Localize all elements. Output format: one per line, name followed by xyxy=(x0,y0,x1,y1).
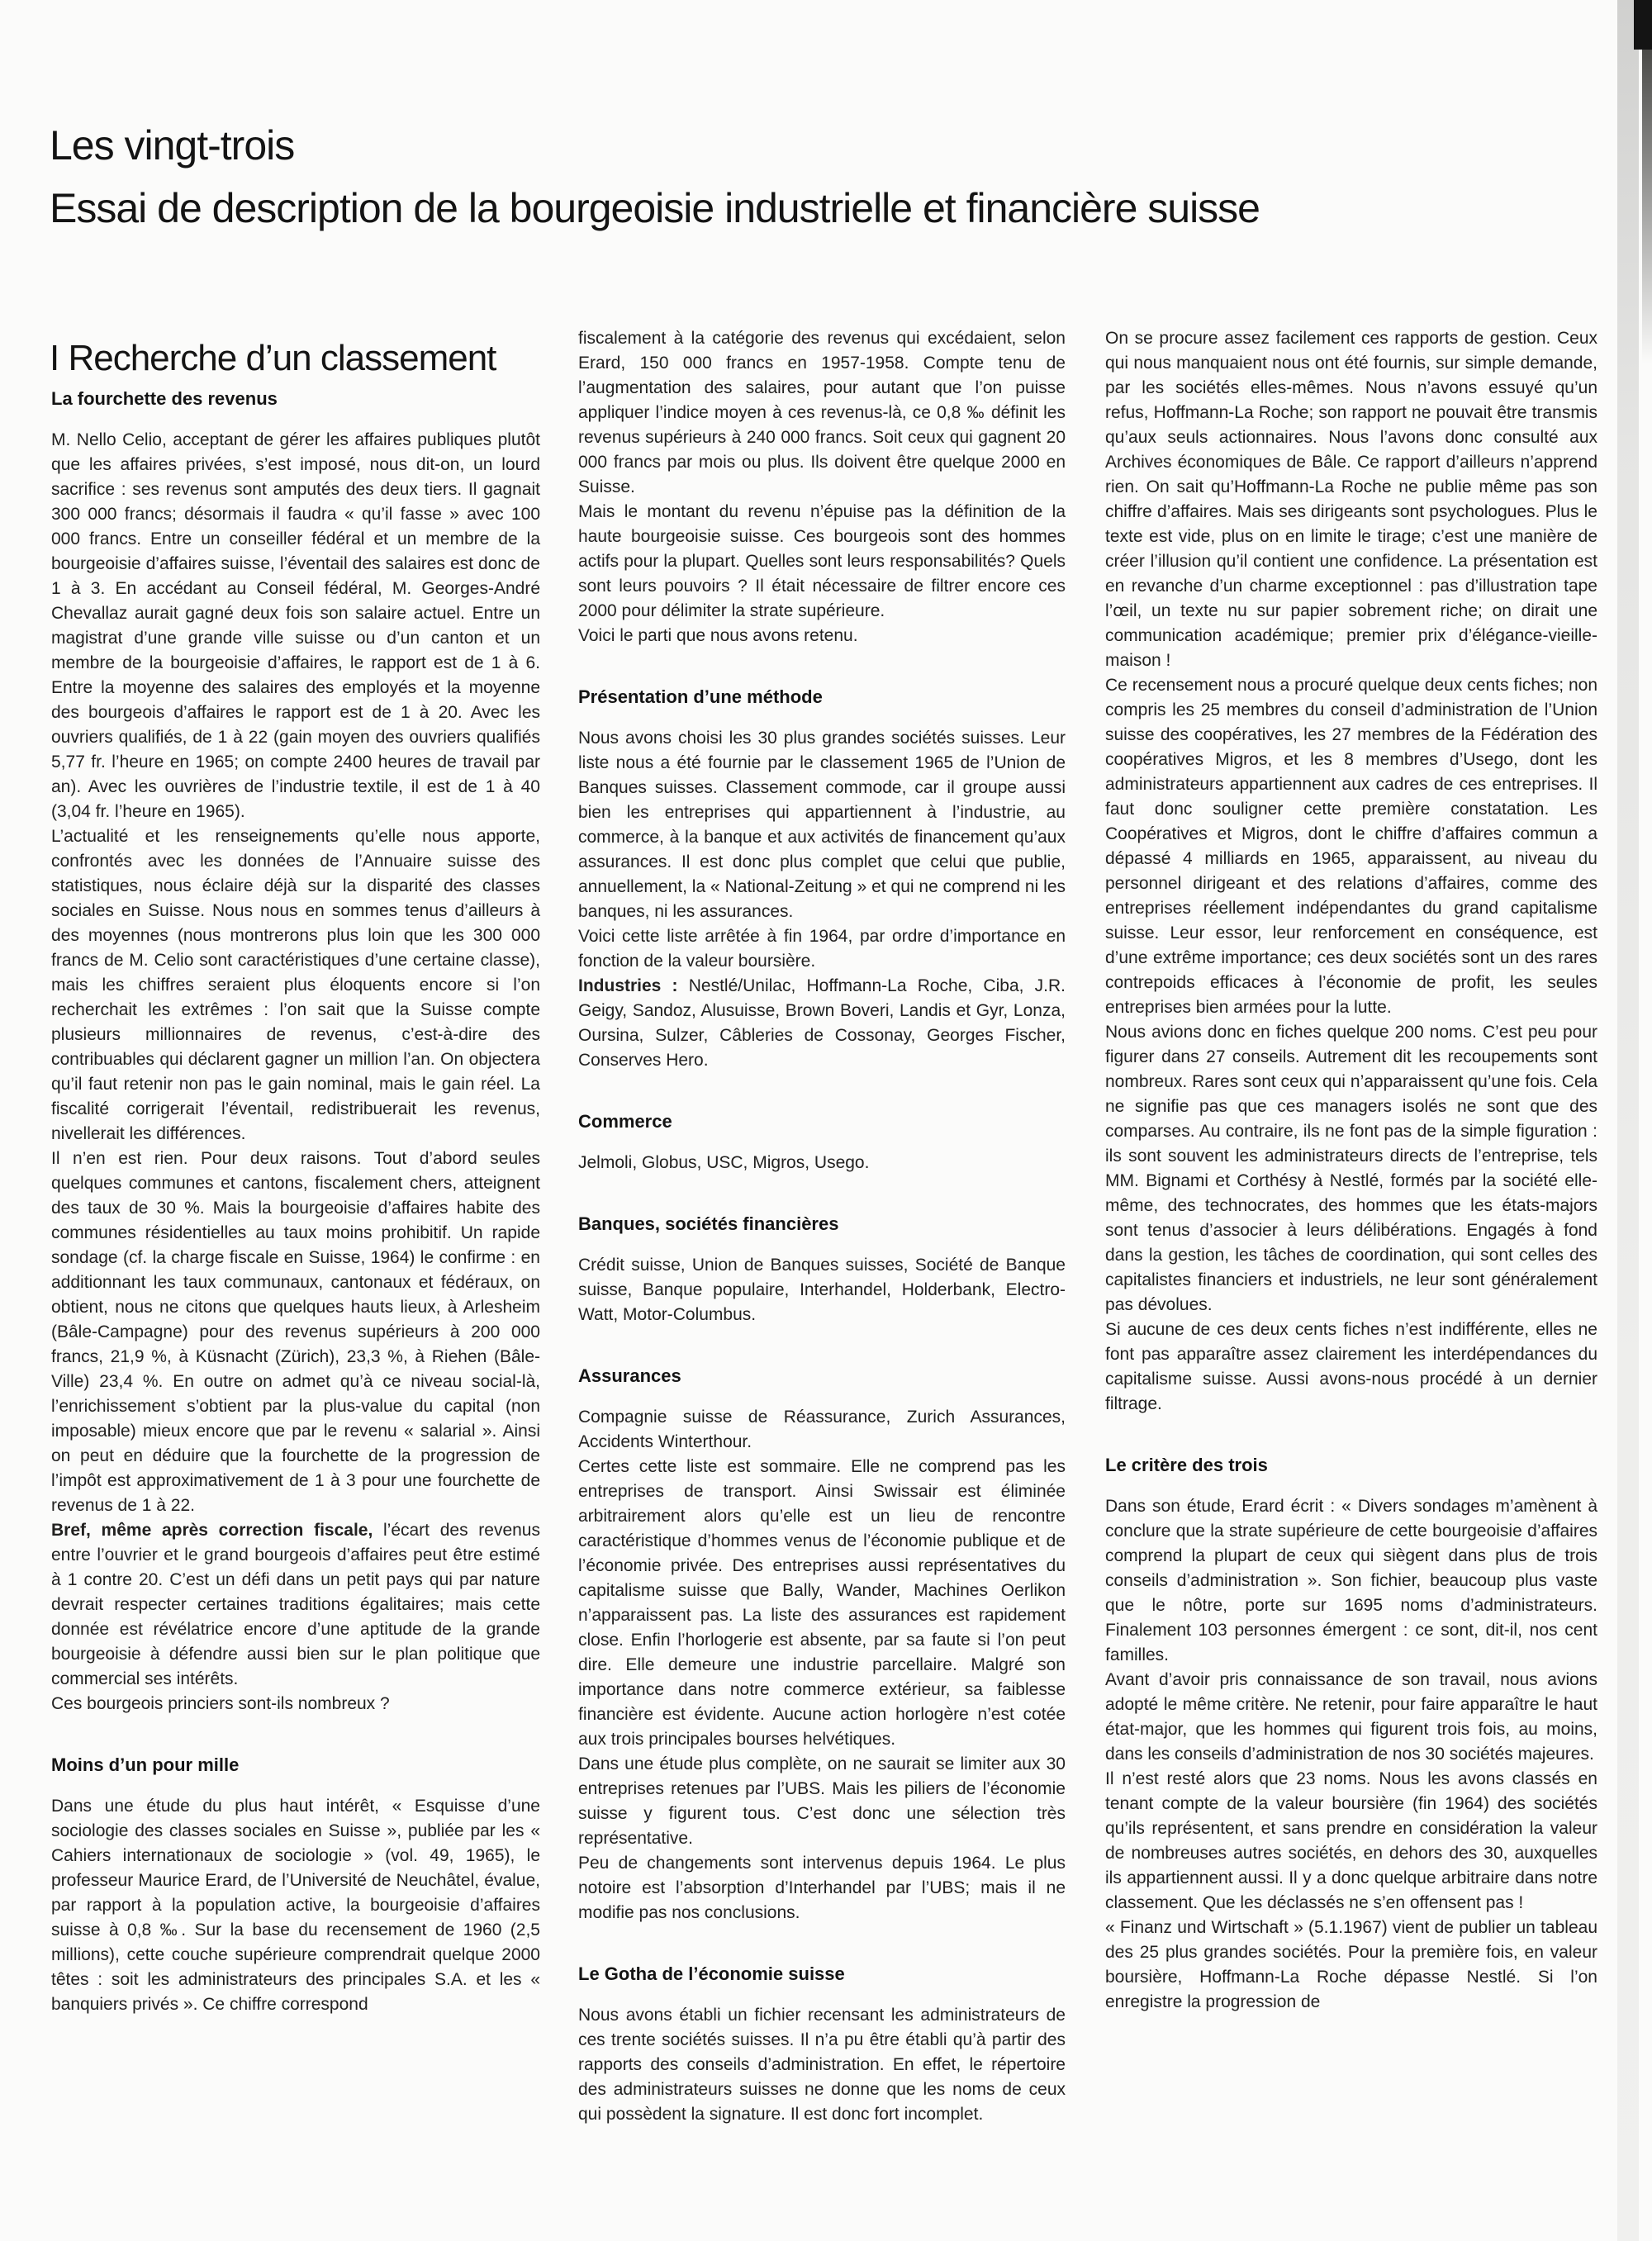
page-title: Les vingt-trois Essai de description de … xyxy=(50,114,1260,240)
subheading-assurances: Assurances xyxy=(578,1364,1066,1389)
paragraph-banques-list: Crédit suisse, Union de Banques suisses,… xyxy=(578,1253,1066,1327)
subheading-banques: Banques, sociétés financières xyxy=(578,1212,1066,1237)
subheading-commerce: Commerce xyxy=(578,1109,1066,1134)
column-2: fiscalement à la catégorie des revenus q… xyxy=(578,326,1066,2127)
paragraph: Voici cette liste arrêtée à fin 1964, pa… xyxy=(578,924,1066,974)
subheading-fourchette-des-revenus: La fourchette des revenus xyxy=(51,387,540,411)
article-title-line1: Les vingt-trois xyxy=(50,114,1260,177)
paragraph: Nous avons choisi les 30 plus grandes so… xyxy=(578,726,1066,924)
paragraph-industries-list: Industries : Nestlé/Unilac, Hoffmann-La … xyxy=(578,974,1066,1073)
scan-corner-mark xyxy=(1634,0,1652,50)
paragraph: Ces bourgeois princiers sont-ils nombreu… xyxy=(51,1692,540,1716)
paragraph: Peu de changements sont intervenus depui… xyxy=(578,1851,1066,1925)
paragraph: Nous avions donc en fiches quelque 200 n… xyxy=(1105,1020,1597,1318)
paragraph: Nous avons établi un fichier recensant l… xyxy=(578,2003,1066,2127)
paragraph: Dans son étude, Erard écrit : « Divers s… xyxy=(1105,1494,1597,1668)
paragraph: L’actualité et les renseignements qu’ell… xyxy=(51,824,540,1147)
scan-edge-strip xyxy=(1617,0,1639,2241)
subheading-gotha: Le Gotha de l’économie suisse xyxy=(578,1962,1066,1987)
paragraph: Il n’en est rien. Pour deux raisons. Tou… xyxy=(51,1147,540,1518)
paragraph: M. Nello Celio, acceptant de gérer les a… xyxy=(51,428,540,824)
scan-edge-line xyxy=(1642,50,1652,363)
paragraph: Dans une étude plus complète, on ne saur… xyxy=(578,1752,1066,1851)
subheading-presentation-methode: Présentation d’une méthode xyxy=(578,685,1066,710)
paragraph: Mais le montant du revenu n’épuise pas l… xyxy=(578,500,1066,624)
paragraph-rest: l’écart des revenus entre l’ouvrier et l… xyxy=(51,1521,540,1688)
subheading-critere-des-trois: Le critère des trois xyxy=(1105,1453,1597,1478)
paragraph: Voici le parti que nous avons retenu. xyxy=(578,624,1066,648)
column-3: On se procure assez facilement ces rappo… xyxy=(1105,326,1597,2015)
paragraph-commerce-list: Jelmoli, Globus, USC, Migros, Usego. xyxy=(578,1151,1066,1175)
paragraph: Dans une étude du plus haut intérêt, « E… xyxy=(51,1794,540,2017)
paragraph: Ce recensement nous a procuré quelque de… xyxy=(1105,673,1597,1020)
paragraph: Il n’est resté alors que 23 noms. Nous l… xyxy=(1105,1767,1597,1916)
paragraph: Bref, même après correction fiscale, l’é… xyxy=(51,1518,540,1692)
paragraph-bold-lead: Bref, même après correction fiscale, xyxy=(51,1521,373,1540)
paragraph-assurances-list: Compagnie suisse de Réassurance, Zurich … xyxy=(578,1405,1066,1455)
paragraph: Si aucune de ces deux cents fiches n’est… xyxy=(1105,1318,1597,1417)
column-1: La fourchette des revenus M. Nello Celio… xyxy=(51,387,540,2017)
subheading-moins-d-un-pour-mille: Moins d’un pour mille xyxy=(51,1753,540,1778)
paragraph: On se procure assez facilement ces rappo… xyxy=(1105,326,1597,673)
paragraph: « Finanz und Wirtschaft » (5.1.1967) vie… xyxy=(1105,1916,1597,2015)
paragraph: Avant d’avoir pris connaissance de son t… xyxy=(1105,1668,1597,1767)
paragraph: Certes cette liste est sommaire. Elle ne… xyxy=(578,1455,1066,1752)
section-heading: I Recherche d’un classement xyxy=(50,338,496,379)
paragraph-bold-lead: Industries : xyxy=(578,976,678,995)
article-page: Les vingt-trois Essai de description de … xyxy=(0,0,1652,2241)
article-title-line2: Essai de description de la bourgeoisie i… xyxy=(50,177,1260,240)
paragraph: fiscalement à la catégorie des revenus q… xyxy=(578,326,1066,500)
